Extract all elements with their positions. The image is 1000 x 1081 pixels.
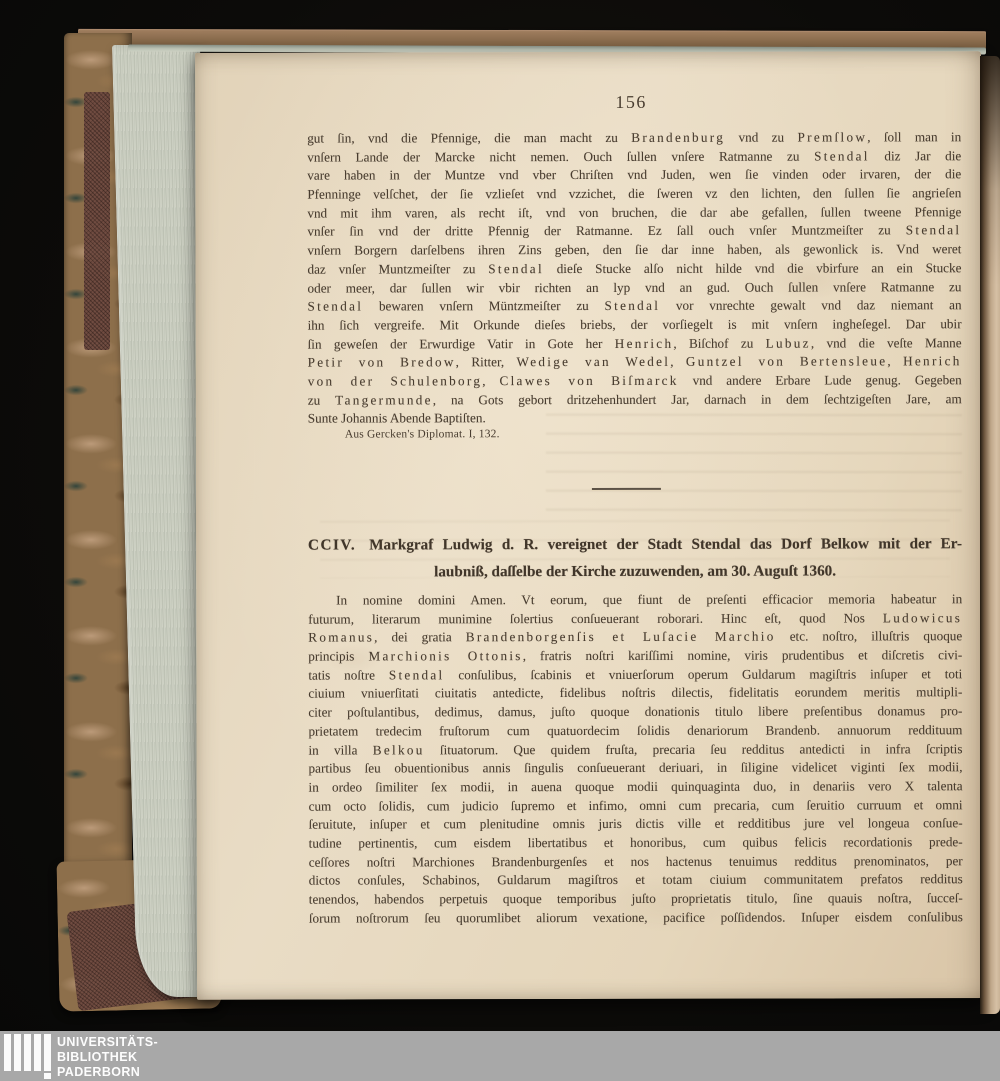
text-line: in villa Belkou ſituatorum. Que quidem f… (308, 740, 962, 760)
text-segment: ihn ſich vergreife. Mit Orkunde dieſes b… (308, 316, 962, 332)
letterspaced-text-segment: von der Schulenborg (308, 373, 483, 388)
text-line: citer poſtulantibus, dedimus, damus, juſ… (308, 702, 962, 722)
text-segment: , fratris noſtri kariſſimi nomine, viris… (523, 647, 963, 663)
text-line: Pfenninge velſchet, der ſie vzlieſet vnd… (307, 184, 961, 204)
library-name: UNIVERSITÄTS- BIBLIOTHEK PADERBORN (57, 1035, 158, 1081)
scanned-book-photo: 156 gut ſin, vnd die Pfennige, die man m… (0, 0, 1000, 1081)
letterspaced-text-segment: Brandenborgenſis et Luſacie Marchio (466, 629, 776, 645)
text-segment: bewaren vnſern Müntzmeiſter zu (363, 298, 604, 314)
text-line: ſin geweſen der Erwurdige Vatir in Gote … (308, 334, 962, 354)
text-line: oder meer, dar ſullen wir vbir richten a… (307, 278, 961, 298)
text-segment: in villa (308, 742, 372, 757)
letterspaced-text-segment: Stendal (814, 148, 870, 163)
library-name-line: UNIVERSITÄTS- (57, 1035, 158, 1050)
text-segment: gut ſin, vnd die Pfennige, die man macht… (307, 130, 631, 146)
text-segment: CCIV. (308, 536, 356, 553)
text-segment: , ſoll man in (867, 129, 961, 144)
text-segment: ſituatorum. Que quidem fruſta, precaria … (425, 741, 963, 757)
text-line: prietatem tredecim fruſtorum cum quatuor… (308, 721, 962, 741)
text-segment: vare haben in der Muntze vnd vber Chriſt… (307, 167, 961, 183)
text-line: vnd mit ihm varen, als recht iſt, vnd vo… (307, 203, 961, 223)
section-divider-rule (592, 488, 661, 490)
text-line: von der Schulenborg, Clawes von Biſmarck… (308, 371, 962, 391)
letterspaced-text-segment: Henrich (615, 335, 674, 350)
text-segment: , (670, 354, 686, 369)
library-name-line: BIBLIOTHEK (57, 1050, 158, 1065)
text-segment: Sunte Johannis Abende Baptiſten. (308, 411, 486, 426)
letterspaced-text-segment: Ludowicus (883, 610, 962, 625)
page-gutter-sliver (980, 56, 1000, 1014)
ub-paderborn-bars-logo-icon (4, 1034, 51, 1079)
text-segment: zu (308, 392, 335, 407)
text-segment: , Ritter, (456, 354, 517, 369)
text-segment: ciuium vniuerſitati ciuitatis antedicte,… (308, 685, 962, 701)
text-segment: vnd mit ihm varen, als recht iſt, vnd vo… (307, 204, 961, 220)
text-segment: , vnd die veſte Manne (811, 335, 962, 350)
text-line: vnſer ſin vnd der dritte Pfennig der Rat… (307, 222, 961, 242)
letterspaced-text-segment: Stendal (488, 261, 544, 276)
text-line: In nomine domini Amen. Vt eorum, que fiu… (308, 590, 962, 610)
text-segment: conſulibus, ſcabinis et vniuerſorum oper… (444, 666, 962, 682)
text-segment: ſorum noſtrorum ſeu quorumlibet aliorum … (309, 909, 963, 925)
text-line: Sunte Johannis Abende Baptiſten. (308, 409, 962, 429)
text-line: Petir von Bredow, Ritter, Wedige van Wed… (308, 352, 962, 372)
letterspaced-text-segment: Stendal (605, 298, 661, 313)
letterspaced-text-segment: Henrich (903, 353, 962, 368)
text-line: partibus ſeu obuentionibus annis ſinguli… (308, 758, 962, 778)
text-segment: vnd zu (725, 130, 797, 145)
logo-bar (4, 1034, 11, 1071)
letterspaced-text-segment: Romanus (308, 630, 374, 645)
text-line: gut ſin, vnd die Pfennige, die man macht… (307, 128, 961, 148)
text-segment: , (482, 373, 499, 388)
letterspaced-text-segment: Wedige van Wedel (517, 354, 671, 369)
library-footer-band: UNIVERSITÄTS- BIBLIOTHEK PADERBORN (0, 1031, 1000, 1081)
text-segment: laubniß, daſſelbe der Kirche zuzuwenden,… (434, 562, 836, 580)
text-line: ihn ſich vergreife. Mit Orkunde dieſes b… (308, 315, 962, 335)
text-line: principis Marchionis Ottonis, fratris no… (308, 646, 962, 666)
text-line: vnſern Borgern darſelbens ihren Zins geb… (307, 240, 961, 260)
text-segment: principis (308, 649, 368, 664)
text-segment: ceſſores noſtri Marchiones Brandenburgen… (309, 853, 963, 869)
text-line: vare haben in der Muntze vnd vber Chriſt… (307, 166, 961, 186)
german-charter-paragraph: gut ſin, vnd die Pfennige, die man macht… (307, 128, 962, 428)
logo-exclamation (44, 1034, 51, 1079)
text-segment: vor vnrechte gewalt vnd daz niemant an (660, 297, 961, 313)
text-line: ciuium vniuerſitati ciuitatis antedicte,… (308, 684, 962, 704)
text-segment: In nomine domini Amen. Vt eorum, que fiu… (336, 591, 962, 607)
library-name-line: PADERBORN (57, 1065, 158, 1080)
text-segment: cum octo ſolidis, cum judicio ſupremo et… (309, 797, 963, 813)
logo-bar (34, 1034, 41, 1071)
text-line: futurum, literarum munimine ſolertius co… (308, 609, 962, 629)
text-segment: etc. noſtro, illuſtris quoque (776, 629, 963, 644)
text-line: Romanus, dei gratia Brandenborgenſis et … (308, 628, 962, 648)
text-segment: vnd andere Erbare Lude genug. Gegeben (679, 372, 962, 388)
text-segment: futurum, literarum munimine ſolertius co… (308, 610, 883, 626)
text-segment: , Biſchof zu (673, 335, 765, 350)
text-line: tudine pertinentis, cum eisdem libertati… (309, 833, 963, 853)
text-segment: , dei gratia (374, 630, 466, 645)
text-segment: ſeruitute, inſuper et cum plenitudine om… (309, 815, 963, 831)
letterspaced-text-segment: Marchionis Ottonis (368, 648, 522, 663)
text-line: tatis noſtre Stendal conſulibus, ſcabini… (308, 665, 962, 685)
text-segment: Pfenninge velſchet, der ſie vzlieſet vnd… (307, 185, 961, 201)
text-segment: tudine pertinentis, cum eisdem libertati… (309, 834, 963, 850)
text-segment: tenendos, habendos perpetuis quoque temp… (309, 890, 963, 906)
page-content: 156 gut ſin, vnd die Pfennige, die man m… (307, 51, 963, 999)
letterspaced-text-segment: Stendal (308, 299, 364, 314)
logo-dot (44, 1073, 51, 1079)
text-segment: daz vnſer Muntzmeiſter zu (307, 261, 488, 276)
letterspaced-text-segment: Tangermunde (335, 392, 433, 407)
text-segment: , na Gots gebort dritzehenhundert Jar, d… (433, 391, 962, 407)
text-segment: vnſern Borgern darſelbens ihren Zins geb… (307, 241, 961, 257)
text-line: zu Tangermunde, na Gots gebort dritzehen… (308, 390, 962, 410)
text-segment: oder meer, dar ſullen wir vbir richten a… (307, 279, 961, 295)
page-number: 156 (307, 91, 955, 113)
text-line: dictos conſules, Schabinos, Guldarum mag… (309, 871, 963, 891)
ink-bleedthrough (546, 413, 962, 526)
letterspaced-text-segment: Stendal (906, 223, 962, 238)
letterspaced-text-segment: Belkou (373, 742, 425, 757)
text-line: daz vnſer Muntzmeiſter zu Stendal dieſe … (307, 259, 961, 279)
text-segment: citer poſtulantibus, dedimus, damus, juſ… (308, 703, 962, 719)
letterspaced-text-segment: Lubuz (766, 335, 811, 350)
text-segment: in ordeo ſimiliter ſex modii, in auena q… (309, 778, 963, 794)
text-segment: tatis noſtre (308, 667, 389, 682)
book-cover-cloth-texture (84, 92, 110, 350)
text-line: ceſſores noſtri Marchiones Brandenburgen… (309, 852, 963, 872)
text-line: vnſern Lande der Marcke nicht nemen. Ouc… (307, 147, 961, 167)
text-segment: vnſern Lande der Marcke nicht nemen. Ouc… (307, 148, 814, 164)
source-citation: Aus Gercken's Diplomat. I, 132. (345, 428, 500, 440)
letterspaced-text-segment: Guntzel von Bertensleue (686, 354, 887, 369)
text-line: cum octo ſolidis, cum judicio ſupremo et… (309, 796, 963, 816)
logo-bar (24, 1034, 31, 1071)
text-segment: Markgraf Ludwig d. R. vereignet der Stad… (369, 535, 962, 553)
text-segment: ſin geweſen der Erwurdige Vatir in Gote … (308, 336, 615, 352)
text-segment: diz Jar die (870, 148, 961, 163)
text-segment: partibus ſeu obuentionibus annis ſinguli… (308, 759, 962, 775)
letterspaced-text-segment: Petir von Bredow (308, 355, 456, 370)
text-line: ſeruitute, inſuper et cum plenitudine om… (309, 814, 963, 834)
letterspaced-text-segment: Stendal (389, 667, 445, 682)
text-line: in ordeo ſimiliter ſex modii, in auena q… (309, 777, 963, 797)
text-segment: prietatem tredecim fruſtorum cum quatuor… (308, 722, 962, 738)
text-line: ſorum noſtrorum ſeu quorumlibet aliorum … (309, 908, 963, 928)
letterspaced-text-segment: Brandenburg (631, 130, 725, 145)
book-page: 156 gut ſin, vnd die Pfennige, die man m… (195, 51, 983, 1000)
text-segment: dictos conſules, Schabinos, Guldarum mag… (309, 872, 963, 888)
section-heading: CCIV.Markgraf Ludwig d. R. vereignet der… (308, 531, 962, 585)
text-line: tenendos, habendos perpetuis quoque temp… (309, 889, 963, 909)
text-line: Stendal bewaren vnſern Müntzmeiſter zu S… (308, 296, 962, 316)
text-segment: vnſer ſin vnd der dritte Pfennig der Rat… (307, 223, 905, 239)
logo-bar (44, 1034, 51, 1071)
text-line: CCIV.Markgraf Ludwig d. R. vereignet der… (308, 531, 962, 559)
text-segment: , (887, 354, 903, 369)
letterspaced-text-segment: Premſlow (797, 129, 867, 144)
letterspaced-text-segment: Clawes von Biſmarck (499, 373, 678, 388)
text-segment: dieſe Stucke alſo nicht hilde vnd die vb… (544, 260, 962, 276)
logo-bar (14, 1034, 21, 1071)
text-line: laubniß, daſſelbe der Kirche zuzuwenden,… (308, 558, 962, 586)
latin-charter-paragraph: In nomine domini Amen. Vt eorum, que fiu… (308, 590, 963, 928)
